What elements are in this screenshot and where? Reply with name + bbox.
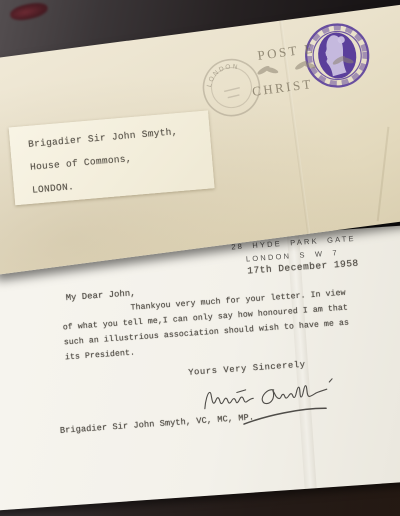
body-line: its President. [65,349,136,363]
salutation: My Dear John, [65,288,135,303]
photo-of-letter-and-envelope: 28 HYDE PARK GATE LONDON S W 7 17th Dece… [0,0,400,516]
background-red-object [9,0,49,23]
typed-letter: 28 HYDE PARK GATE LONDON S W 7 17th Dece… [0,224,400,511]
postmark-town: LONDON [202,61,243,89]
svg-text:LONDON: LONDON [202,61,243,89]
recipient-line: Brigadier Sir John Smyth, VC, MC, MP. [60,412,255,436]
